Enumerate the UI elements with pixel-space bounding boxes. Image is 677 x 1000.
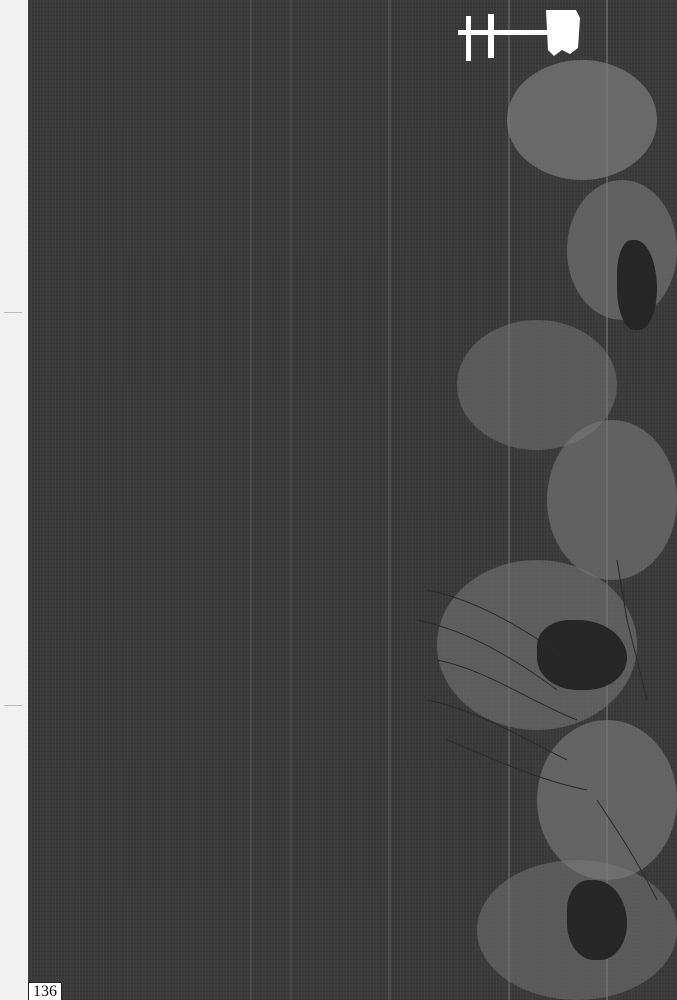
ink-lines	[417, 0, 677, 1000]
margin-mark	[4, 705, 22, 706]
scan-streak	[388, 0, 391, 1000]
scan-streak	[290, 0, 292, 1000]
manga-page	[28, 0, 677, 1000]
page-number: 136	[28, 982, 62, 1000]
margin-mark	[4, 312, 22, 313]
scan-streak	[250, 0, 252, 1000]
title-glyph-icon	[458, 8, 588, 63]
foliage-illustration	[417, 0, 677, 1000]
